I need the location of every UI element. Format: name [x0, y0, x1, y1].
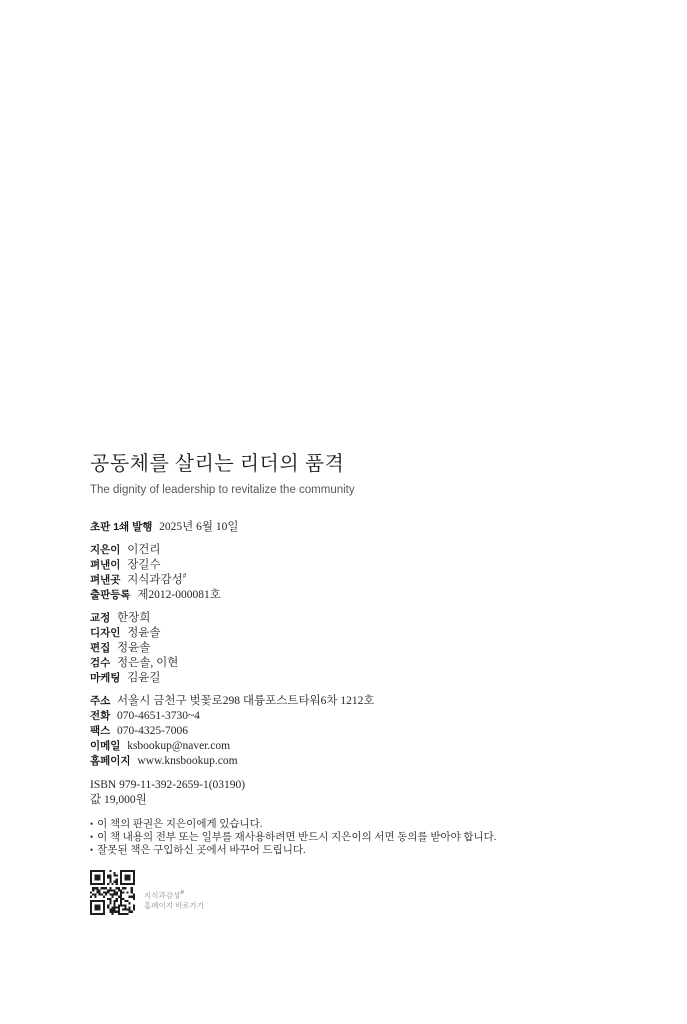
author-row: 지은이 이건리 — [90, 543, 620, 558]
publisher-person-row: 펴낸이 장길수 — [90, 558, 620, 573]
review-label: 검수 — [90, 657, 110, 669]
homepage-row: 홈페이지 www.knsbookup.com — [90, 754, 620, 769]
isbn-value: ISBN 979-11-392-2659-1(03190) — [90, 779, 245, 791]
bullet-marker: • — [90, 845, 93, 855]
book-colophon-page: 공동체를 살리는 리더의 품격 The dignity of leadershi… — [0, 0, 687, 1024]
proofreading-label: 교정 — [90, 612, 110, 624]
publisher-company-text: 지식과감성 — [127, 574, 183, 586]
fax-value: 070-4325-7006 — [117, 725, 188, 737]
isbn-block: ISBN 979-11-392-2659-1(03190) 값 19,000원 — [90, 778, 620, 808]
notice-exchange: •잘못된 책은 구입하신 곳에서 바꾸어 드립니다. — [90, 844, 620, 857]
staff-block: 교정 한장희 디자인 정윤솔 편집 정윤솔 검수 정은솔, 이현 마케팅 김윤길 — [90, 611, 620, 686]
contact-block: 주소 서울시 금천구 벚꽃로298 대륭포스트타워6차 1212호 전화 070… — [90, 694, 620, 769]
marketing-name: 김윤길 — [127, 672, 160, 684]
edition-date: 2025년 6월 10일 — [159, 521, 238, 533]
price-row: 값 19,000원 — [90, 793, 620, 808]
book-subtitle: The dignity of leadership to revitalize … — [90, 483, 620, 497]
address-label: 주소 — [90, 695, 110, 707]
homepage-label: 홈페이지 — [90, 755, 131, 767]
design-name: 정윤솔 — [127, 627, 160, 639]
qr-caption-publisher: 지식과감성# — [144, 891, 204, 901]
publisher-company-row: 펴낸곳 지식과감성# — [90, 573, 620, 588]
qr-publisher-text: 지식과감성 — [144, 891, 180, 900]
registration-row: 출판등록 제2012-000081호 — [90, 588, 620, 603]
fax-row: 팩스 070-4325-7006 — [90, 724, 620, 739]
notice-exchange-text: 잘못된 책은 구입하신 곳에서 바꾸어 드립니다. — [97, 845, 305, 856]
notice-copyright-text: 이 책의 판권은 지은이에게 있습니다. — [97, 819, 262, 830]
qr-caption-link-text: 홈페이지 바로가기 — [144, 901, 204, 911]
email-row: 이메일 ksbookup@naver.com — [90, 739, 620, 754]
isbn-row: ISBN 979-11-392-2659-1(03190) — [90, 778, 620, 793]
registration-label: 출판등록 — [90, 589, 131, 601]
notice-reuse: •이 책 내용의 전부 또는 일부를 재사용하려면 반드시 지은이의 서면 동의… — [90, 831, 620, 844]
bullet-marker: • — [90, 819, 93, 829]
publisher-company-name: 지식과감성# — [127, 574, 186, 586]
edition-row: 초판 1쇄 발행 2025년 6월 10일 — [90, 520, 620, 535]
fax-label: 팩스 — [90, 725, 110, 737]
proofreading-row: 교정 한장희 — [90, 611, 620, 626]
publication-block: 지은이 이건리 펴낸이 장길수 펴낸곳 지식과감성# 출판등록 제2012-00… — [90, 543, 620, 603]
book-title: 공동체를 살리는 리더의 품격 — [90, 451, 620, 477]
design-row: 디자인 정윤솔 — [90, 626, 620, 641]
author-label: 지은이 — [90, 544, 120, 556]
editing-label: 편집 — [90, 642, 110, 654]
design-label: 디자인 — [90, 627, 120, 639]
phone-row: 전화 070-4651-3730~4 — [90, 709, 620, 724]
qr-code — [90, 870, 135, 917]
registration-number: 제2012-000081호 — [137, 589, 221, 601]
address-row: 주소 서울시 금천구 벚꽃로298 대륭포스트타워6차 1212호 — [90, 694, 620, 709]
review-names: 정은솔, 이현 — [117, 657, 178, 669]
notice-reuse-text: 이 책 내용의 전부 또는 일부를 재사용하려면 반드시 지은이의 서면 동의를… — [97, 832, 496, 843]
price-value: 값 19,000원 — [90, 794, 147, 806]
marketing-label: 마케팅 — [90, 672, 120, 684]
address-value: 서울시 금천구 벚꽃로298 대륭포스트타워6차 1212호 — [117, 695, 374, 707]
bullet-marker: • — [90, 832, 93, 842]
publisher-sharp-mark: # — [183, 572, 187, 580]
proofreading-name: 한장희 — [117, 612, 150, 624]
author-name: 이건리 — [127, 544, 160, 556]
marketing-row: 마케팅 김윤길 — [90, 671, 620, 686]
email-value: ksbookup@naver.com — [127, 740, 230, 752]
qr-caption: 지식과감성# 홈페이지 바로가기 — [144, 891, 204, 917]
homepage-value: www.knsbookup.com — [137, 755, 237, 767]
publisher-person-name: 장길수 — [127, 559, 160, 571]
qr-section: 지식과감성# 홈페이지 바로가기 — [90, 870, 620, 917]
notice-copyright: •이 책의 판권은 지은이에게 있습니다. — [90, 818, 620, 831]
phone-label: 전화 — [90, 710, 110, 722]
editing-name: 정윤솔 — [117, 642, 150, 654]
edition-label: 초판 1쇄 발행 — [90, 521, 152, 533]
edition-block: 초판 1쇄 발행 2025년 6월 10일 — [90, 520, 620, 535]
qr-sharp-mark: # — [180, 890, 184, 897]
review-row: 검수 정은솔, 이현 — [90, 656, 620, 671]
editing-row: 편집 정윤솔 — [90, 641, 620, 656]
publisher-person-label: 펴낸이 — [90, 559, 120, 571]
publisher-company-label: 펴낸곳 — [90, 574, 120, 586]
phone-value: 070-4651-3730~4 — [117, 710, 200, 722]
notices-block: •이 책의 판권은 지은이에게 있습니다. •이 책 내용의 전부 또는 일부를… — [90, 818, 620, 857]
email-label: 이메일 — [90, 740, 120, 752]
colophon-content: 공동체를 살리는 리더의 품격 The dignity of leadershi… — [90, 451, 620, 917]
